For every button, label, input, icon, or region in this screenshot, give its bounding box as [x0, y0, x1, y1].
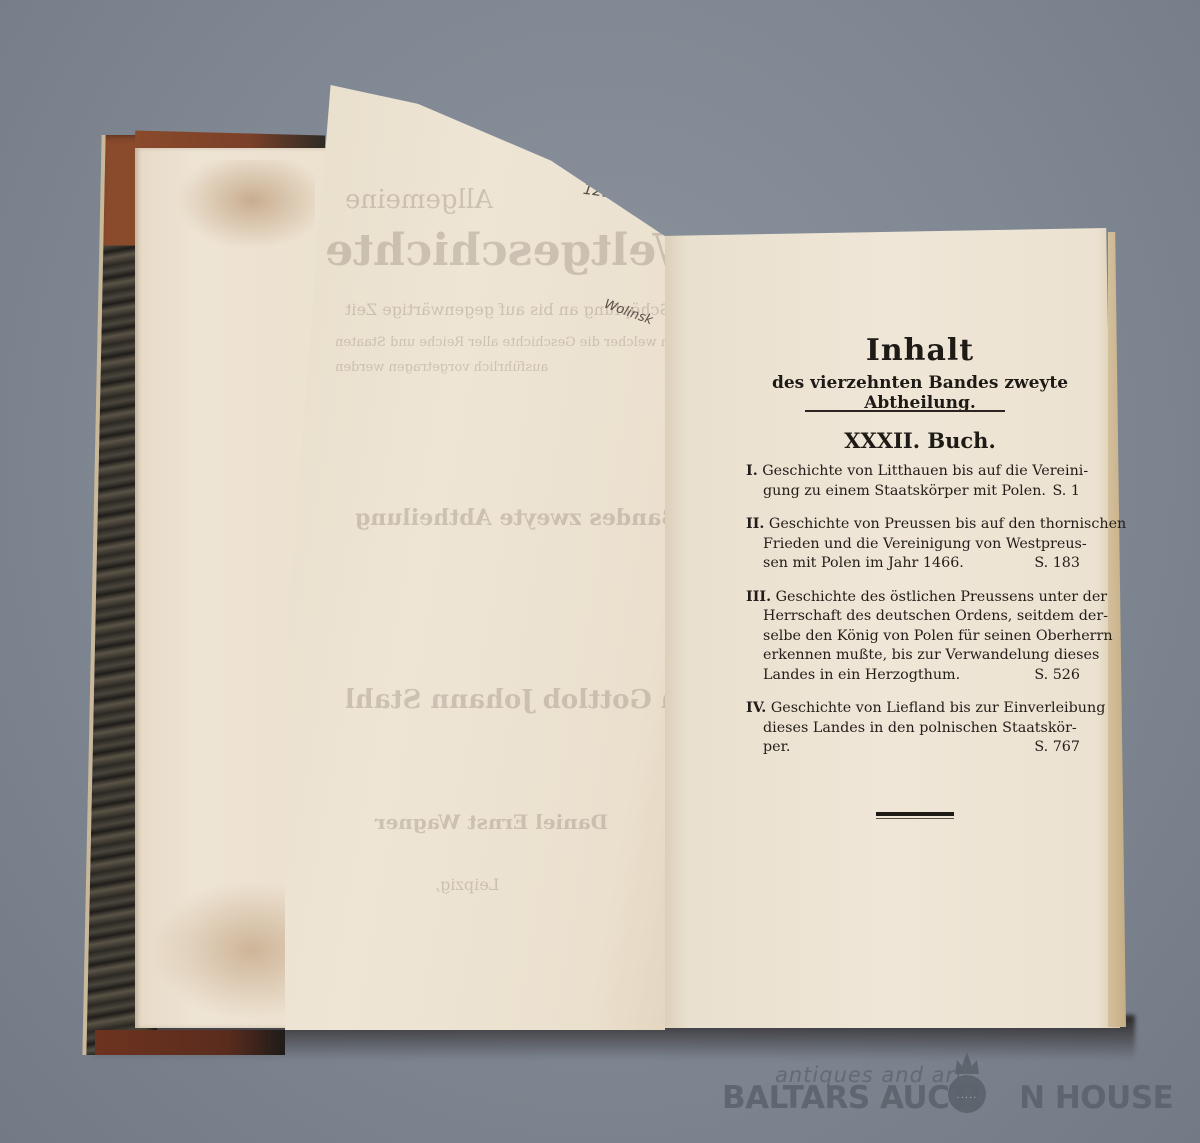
entry-text: Geschichte von Litthauen bis auf die Ver… — [762, 463, 1088, 479]
table-of-contents: I. Geschichte von Litthauen bis auf die … — [746, 462, 1080, 772]
end-ornament-rule — [876, 818, 954, 819]
show-through-text: Weltgeschichte — [325, 225, 702, 276]
watermark-name-right: N HOUSE — [1019, 1080, 1173, 1116]
watermark-name-left: BALTARS AUCTI — [722, 1080, 981, 1116]
show-through-text: Allgemeine — [345, 185, 493, 215]
entry-text: Herrschaft des deutschen Ordens, seitdem… — [763, 608, 1108, 624]
entry-numeral: I. — [746, 463, 758, 479]
toc-entry: II. Geschichte von Preussen bis auf den … — [746, 515, 1080, 574]
entry-text: Geschichte des östlichen Preussens unter… — [776, 589, 1108, 605]
cover-bottom-edge — [95, 1030, 285, 1055]
entry-page-ref: S. 767 — [1034, 738, 1080, 758]
entry-page-ref: S. 1 — [1053, 482, 1080, 502]
show-through-text: Leipzig, — [435, 875, 499, 894]
entry-text: Landes in ein Herzogthum. — [763, 667, 960, 683]
turned-title-page: Allgemeine Weltgeschichte von der Schöpf… — [285, 85, 665, 1030]
entry-text: gung zu einem Staatskörper mit Polen. — [763, 483, 1046, 499]
entry-text: erkennen mußte, bis zur Verwandelung die… — [763, 647, 1099, 663]
water-stain — [175, 160, 315, 250]
toc-entry: I. Geschichte von Litthauen bis auf die … — [746, 462, 1080, 501]
entry-text: selbe den König von Polen für seinen Obe… — [763, 628, 1113, 644]
toc-entry: III. Geschichte des östlichen Preussens … — [746, 588, 1080, 686]
book-number-label: XXXII. Buch. — [740, 428, 1100, 453]
pencil-inventory-number: 121|4| — [582, 180, 632, 205]
entry-page-ref: S. 183 — [1034, 554, 1080, 574]
entry-text: Geschichte von Liefland bis zur Einverle… — [771, 700, 1106, 716]
end-ornament-rule — [876, 812, 954, 816]
entry-numeral: III. — [746, 589, 771, 605]
entry-numeral: II. — [746, 516, 764, 532]
entry-text: dieses Landes in den polnischen Staatskö… — [763, 720, 1077, 736]
entry-numeral: IV. — [746, 700, 766, 716]
crown-icon — [953, 1050, 981, 1076]
entry-text: per. — [763, 739, 790, 755]
entry-text: Geschichte von Preussen bis auf den thor… — [769, 516, 1126, 532]
toc-entry: IV. Geschichte von Liefland bis zur Einv… — [746, 699, 1080, 758]
entry-text: sen mit Polen im Jahr 1466. — [763, 555, 964, 571]
show-through-text: in welcher die Geschichte aller Reiche u… — [335, 335, 673, 350]
page-heading: Inhalt — [740, 333, 1100, 368]
page-subheading: des vierzehnten Bandes zweyte Abtheilung… — [735, 373, 1105, 413]
heading-divider — [805, 410, 1005, 412]
show-through-text: Daniel Ernst Wagner — [375, 810, 608, 834]
watermark-dots: ..... — [952, 1090, 982, 1101]
entry-page-ref: S. 526 — [1034, 666, 1080, 686]
entry-text: Frieden und die Vereinigung von Westpreu… — [763, 536, 1087, 552]
show-through-text: ausführlich vorgetragen werden — [335, 360, 548, 375]
